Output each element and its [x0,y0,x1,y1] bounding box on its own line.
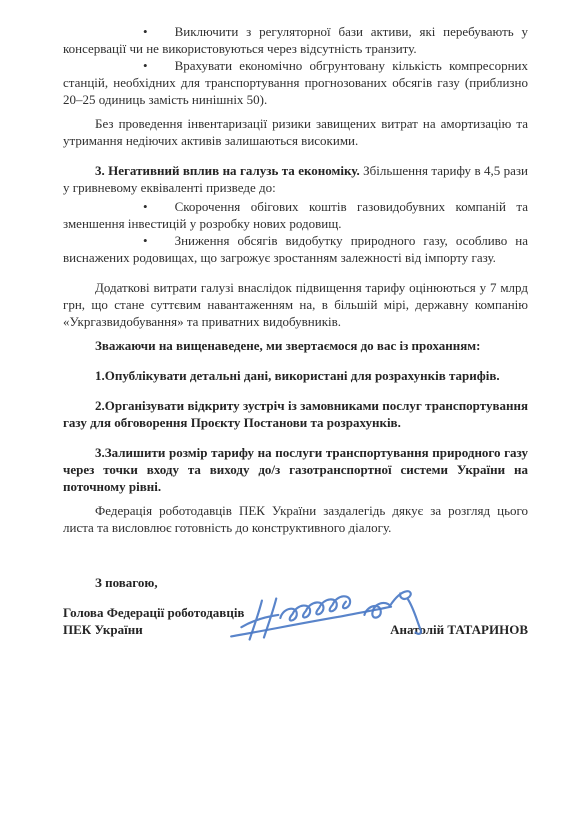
bullet-text: Скорочення обігових коштів газовидобувни… [63,199,528,231]
paragraph-section-3: 3. Негативний вплив на галузь та економі… [63,162,528,196]
paragraph-additional-costs: Додаткові витрати галузі внаслідок підви… [63,279,528,330]
bullet-item-compressor-stations: •Врахувати економічно обгрунтовану кільк… [63,57,528,108]
bullet-marker-icon: • [143,233,148,248]
section-3-lead: 3. Негативний вплив на галузь та економі… [95,163,360,178]
bullet-item-exclude-assets: •Виключити з регуляторної бази активи, я… [63,23,528,57]
paragraph-closing-thanks: Федерація роботодавців ПЕК України зазда… [63,502,528,536]
paragraph-appeal-intro: Зважаючи на вищенаведене, ми звертаємося… [63,337,528,354]
bullet-marker-icon: • [143,199,148,214]
signer-role: Голова Федерації роботодавців ПЕК Україн… [63,604,244,638]
signer-role-line-2: ПЕК України [63,621,244,638]
signature-block: Голова Федерації роботодавців ПЕК Україн… [63,604,528,638]
signer-name: Анатолій ТАТАРИНОВ [390,621,528,638]
bullet-marker-icon: • [143,58,148,73]
bullet-item-working-capital: •Скорочення обігових коштів газовидобувн… [63,198,528,232]
bullet-item-production-decline: •Зниження обсягів видобутку природного г… [63,232,528,266]
signer-role-line-1: Голова Федерації роботодавців [63,604,244,621]
bullet-marker-icon: • [143,24,148,39]
bullet-text: Виключити з регуляторної бази активи, як… [63,24,528,56]
request-2-open-meeting: 2.Організувати відкриту зустріч із замов… [63,397,528,431]
signature-scribble-icon [225,584,430,652]
bullet-text: Зниження обсягів видобутку природного га… [63,233,528,265]
request-3-keep-tariff: 3.Залишити розмір тарифу на послуги тран… [63,444,528,495]
bullet-text: Врахувати економічно обгрунтовану кількі… [63,58,528,107]
letter-page: •Виключити з регуляторної бази активи, я… [0,0,585,824]
valediction: З повагою, [63,574,528,591]
paragraph-inventory-risks: Без проведення інвентаризації ризики зав… [63,115,528,149]
request-1-publish-data: 1.Опублікувати детальні дані, використан… [63,367,528,384]
